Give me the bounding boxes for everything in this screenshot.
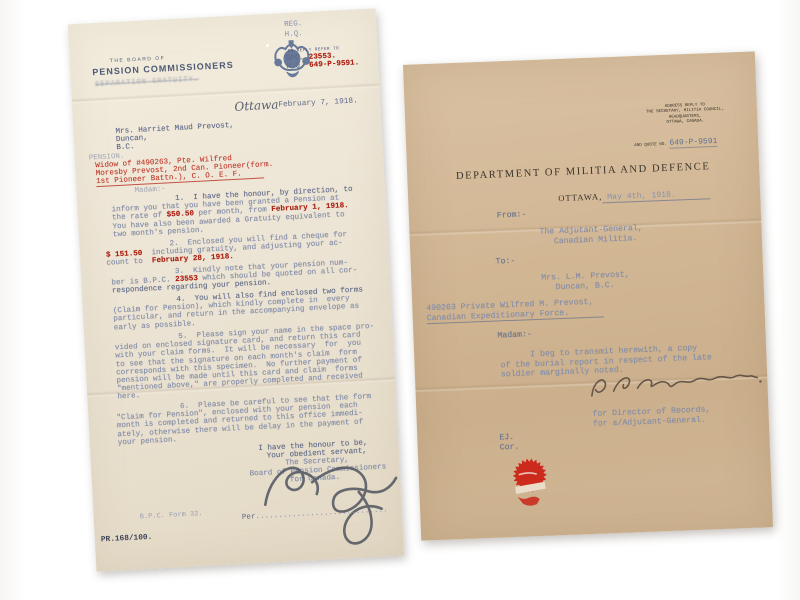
dust-speck	[756, 34, 760, 37]
clerk-initials: EJ. Cor.	[499, 433, 519, 454]
print-code: PR.168/100.	[101, 534, 153, 545]
text-segment: count to	[106, 258, 152, 268]
initial-line-2: Cor.	[500, 443, 520, 454]
from-label: From:-	[497, 210, 527, 221]
letter-militia-and-defence: ADDRESS REPLY TOTHE SECRETARY, MILITIA C…	[403, 51, 773, 540]
text-segment: your pension.	[118, 436, 178, 447]
paragraph-5: 5. Please sign your name in the space pr…	[114, 324, 361, 402]
text-segment: Canadian Militia.	[554, 234, 638, 246]
signoff-block: for Director of Records,for a/Adjutant-G…	[592, 405, 711, 429]
quote-label: AND QUOTE NO.	[634, 143, 667, 148]
photo-background: THE BOARD OF PENSION COMMISSIONERS SEPAR…	[0, 0, 800, 600]
date-place-script: Ottawa	[234, 98, 279, 114]
text-segment: OTTAWA, CANADA.	[666, 120, 704, 125]
quote-number-line: AND QUOTE NO. 649-P-9591	[634, 137, 717, 149]
ref-hq: H.Q.	[285, 30, 304, 39]
secretary-signature	[248, 427, 414, 555]
to-label: To:-	[495, 257, 515, 267]
right-date-place: OTTAWA,	[558, 191, 602, 203]
right-salutation: Madam:-	[497, 330, 532, 341]
dust-speck	[266, 44, 269, 47]
recipient-address: Mrs. Harriet Maud Prevost,Duncan,B.C.	[115, 122, 235, 153]
text-segment: Duncan, B.C.	[555, 281, 614, 292]
quote-number: 649-P-9591	[669, 137, 717, 149]
regarding-block: 490263 Private Wilfred M. Prevost,Canadi…	[426, 297, 603, 323]
letter-pension-commissioners: THE BOARD OF PENSION COMMISSIONERS SEPAR…	[68, 8, 404, 571]
right-date-text: May 4th, 1918.	[602, 189, 710, 203]
per-text: Per	[242, 513, 256, 522]
to-lines: Mrs. L.M. Prevost,Duncan, B.C.	[541, 270, 630, 293]
text-segment: here.	[117, 393, 140, 402]
form-number: B.P.C. Form 32.	[140, 510, 203, 521]
right-date-line: OTTAWA, May 4th, 1918.	[558, 187, 710, 204]
ref-reg: REG.	[284, 20, 303, 30]
address-reply-block: ADDRESS REPLY TOTHE SECRETARY, MILITIA C…	[637, 102, 734, 127]
department-title: DEPARTMENT OF MILITIA AND DEFENCE	[407, 159, 759, 184]
text-segment: H.Q.	[286, 62, 309, 71]
text-segment: HEADQUARTERS,	[669, 114, 702, 119]
red-seal-icon	[506, 455, 560, 517]
from-lines: The Adjutant-General,Canadian Militia.	[539, 224, 643, 247]
text-segment: B.C.	[116, 144, 135, 153]
cresswell-signature	[583, 363, 764, 406]
salutation: Madam:-	[134, 186, 165, 196]
date-typed: February 7, 1918.	[278, 97, 358, 109]
